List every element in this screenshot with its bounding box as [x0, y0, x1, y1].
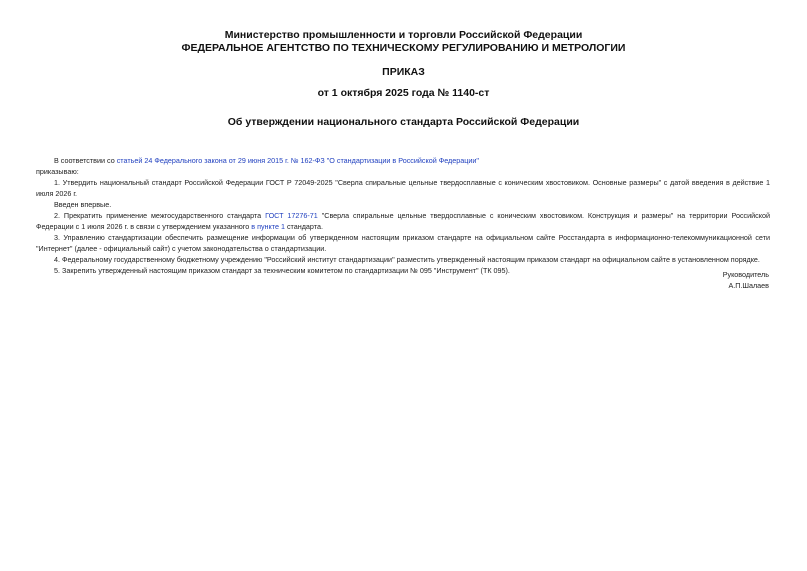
signatory-position: Руководитель: [723, 269, 769, 280]
gost-17276-link[interactable]: ГОСТ 17276-71: [265, 211, 318, 220]
signature-block: Руководитель А.П.Шалаев: [723, 269, 769, 291]
order-word: приказываю:: [36, 166, 770, 177]
ministry-name: Министерство промышленности и торговли Р…: [0, 29, 807, 41]
item-1: 1. Утвердить национальный стандарт Росси…: [36, 177, 770, 199]
item-1-note: Введен впервые.: [36, 199, 770, 210]
document-date-number: от 1 октября 2025 года № 1140-ст: [0, 87, 807, 99]
signatory-name: А.П.Шалаев: [723, 280, 769, 291]
agency-name: ФЕДЕРАЛЬНОЕ АГЕНТСТВО ПО ТЕХНИЧЕСКОМУ РЕ…: [0, 42, 807, 54]
intro-prefix: В соответствии со: [54, 156, 117, 165]
item-3: 3. Управлению стандартизации обеспечить …: [36, 232, 770, 254]
item-4: 4. Федеральному государственному бюджетн…: [36, 254, 770, 265]
item-2-suffix: стандарта.: [285, 222, 323, 231]
item-1-reference-link[interactable]: в пункте 1: [251, 222, 285, 231]
intro-paragraph: В соответствии со статьей 24 Федеральног…: [36, 155, 770, 166]
document-type: ПРИКАЗ: [0, 66, 807, 78]
item-2: 2. Прекратить применение межгосударствен…: [36, 210, 770, 232]
document-title: Об утверждении национального стандарта Р…: [0, 116, 807, 128]
item-2-prefix: 2. Прекратить применение межгосударствен…: [54, 211, 265, 220]
item-5: 5. Закрепить утвержденный настоящим прик…: [36, 265, 770, 276]
law-article-link[interactable]: статьей 24 Федерального закона от 29 июн…: [117, 156, 479, 165]
document-body: В соответствии со статьей 24 Федеральног…: [36, 155, 770, 276]
